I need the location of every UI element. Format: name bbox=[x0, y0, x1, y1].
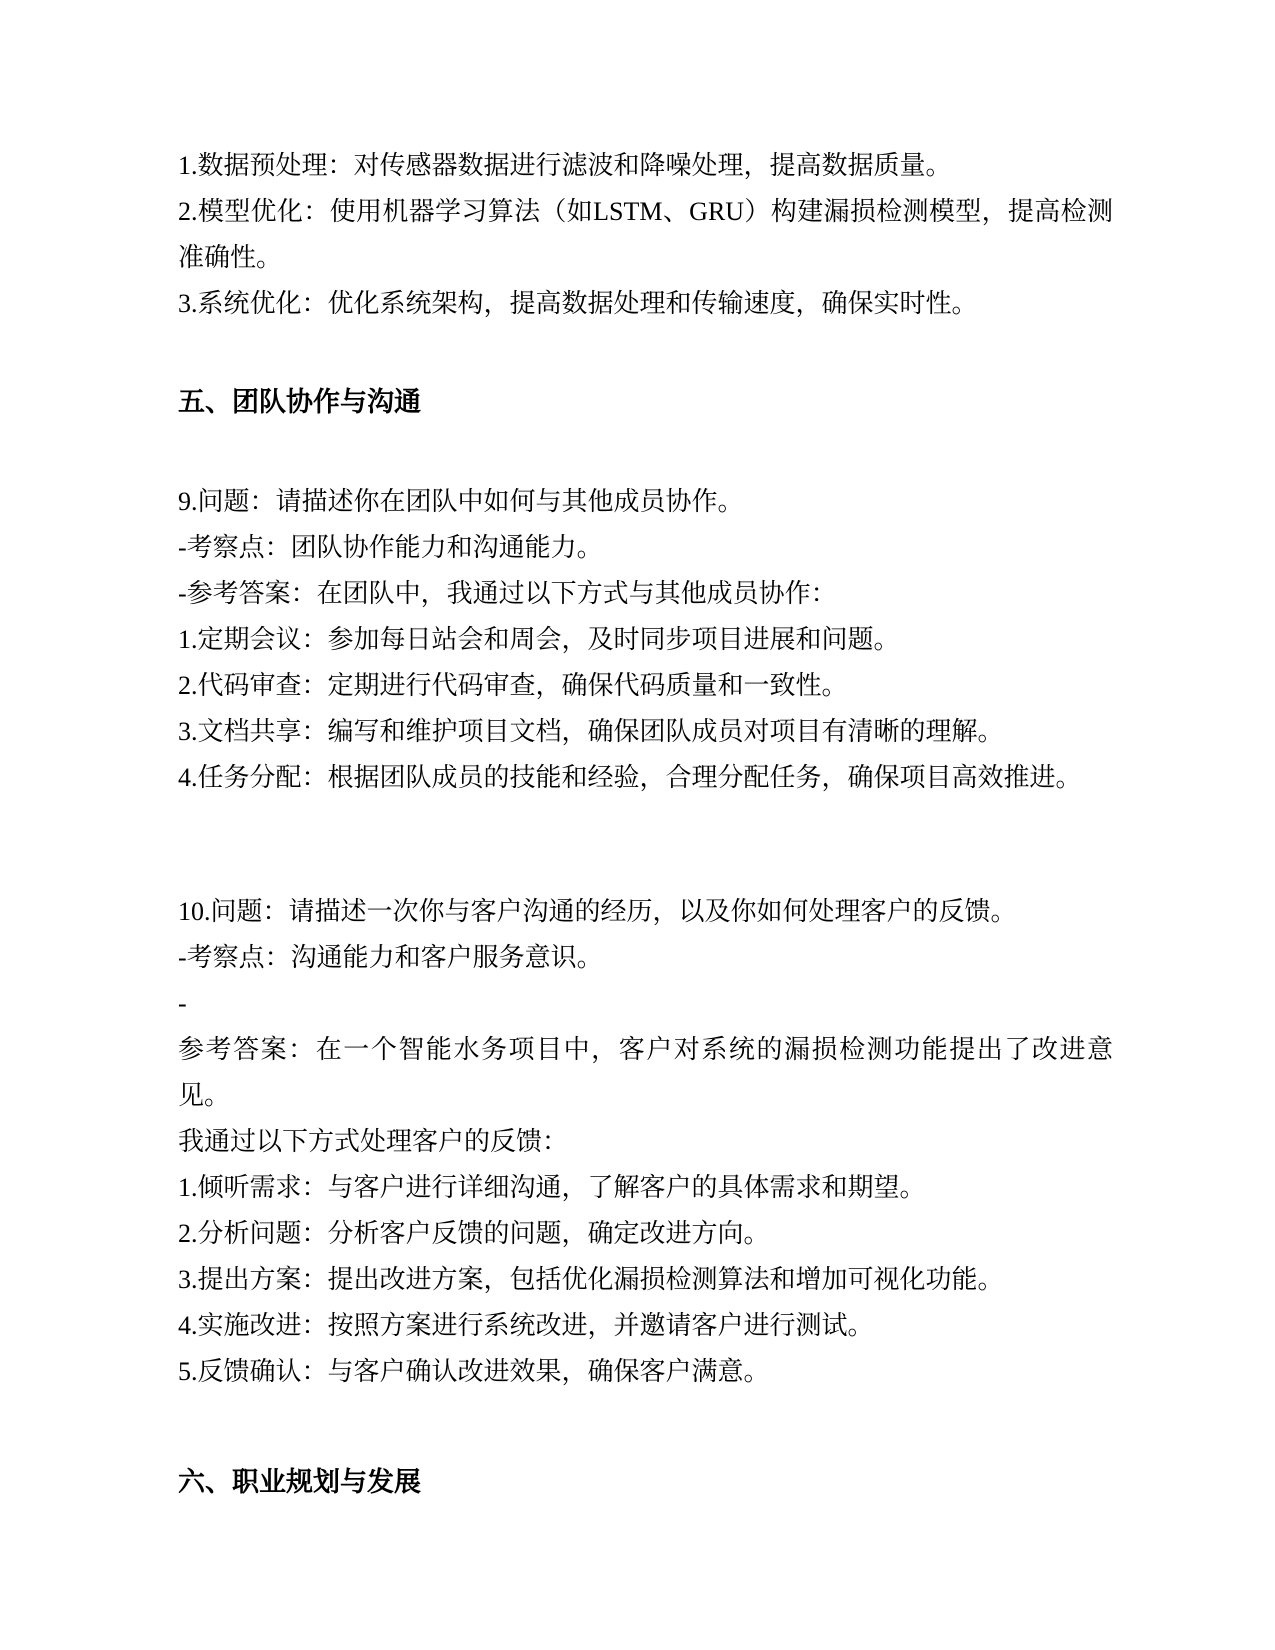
answer-step-line: 1.定期会议：参加每日站会和周会，及时同步项目进展和问题。 bbox=[178, 617, 1113, 663]
reference-answer-line: -参考答案：在团队中，我通过以下方式与其他成员协作： bbox=[178, 571, 1113, 617]
answer-step-line: 5.反馈确认：与客户确认改进效果，确保客户满意。 bbox=[178, 1349, 1113, 1395]
answer-step-line: 1.倾听需求：与客户进行详细沟通，了解客户的具体需求和期望。 bbox=[178, 1165, 1113, 1211]
question-line: 10.问题：请描述一次你与客户沟通的经历，以及你如何处理客户的反馈。 bbox=[178, 889, 1113, 935]
dash-line: - bbox=[178, 981, 1113, 1027]
reference-answer-line: 我通过以下方式处理客户的反馈： bbox=[178, 1119, 1113, 1165]
section-heading: 五、团队协作与沟通 bbox=[178, 379, 1113, 425]
answer-step-line: 4.任务分配：根据团队成员的技能和经验，合理分配任务，确保项目高效推进。 bbox=[178, 755, 1113, 801]
list-item-line: 3.系统优化：优化系统架构，提高数据处理和传输速度，确保实时性。 bbox=[178, 281, 1113, 327]
list-item-line: 2.模型优化：使用机器学习算法（如LSTM、GRU）构建漏损检测模型，提高检测准… bbox=[178, 189, 1113, 281]
assessment-point-line: -考察点：团队协作能力和沟通能力。 bbox=[178, 525, 1113, 571]
section-heading: 六、职业规划与发展 bbox=[178, 1459, 1113, 1505]
answer-step-line: 4.实施改进：按照方案进行系统改进，并邀请客户进行测试。 bbox=[178, 1303, 1113, 1349]
reference-answer-line: 参考答案：在一个智能水务项目中，客户对系统的漏损检测功能提出了改进意见。 bbox=[178, 1027, 1113, 1119]
question-line: 9.问题：请描述你在团队中如何与其他成员协作。 bbox=[178, 479, 1113, 525]
answer-step-line: 3.文档共享：编写和维护项目文档，确保团队成员对项目有清晰的理解。 bbox=[178, 709, 1113, 755]
assessment-point-line: -考察点：沟通能力和客户服务意识。 bbox=[178, 935, 1113, 981]
answer-step-line: 2.代码审查：定期进行代码审查，确保代码质量和一致性。 bbox=[178, 663, 1113, 709]
list-item-line: 1.数据预处理：对传感器数据进行滤波和降噪处理，提高数据质量。 bbox=[178, 143, 1113, 189]
answer-step-line: 2.分析问题：分析客户反馈的问题，确定改进方向。 bbox=[178, 1211, 1113, 1257]
document-page: 1.数据预处理：对传感器数据进行滤波和降噪处理，提高数据质量。 2.模型优化：使… bbox=[0, 0, 1275, 1650]
document-content: 1.数据预处理：对传感器数据进行滤波和降噪处理，提高数据质量。 2.模型优化：使… bbox=[178, 143, 1113, 1505]
answer-step-line: 3.提出方案：提出改进方案，包括优化漏损检测算法和增加可视化功能。 bbox=[178, 1257, 1113, 1303]
